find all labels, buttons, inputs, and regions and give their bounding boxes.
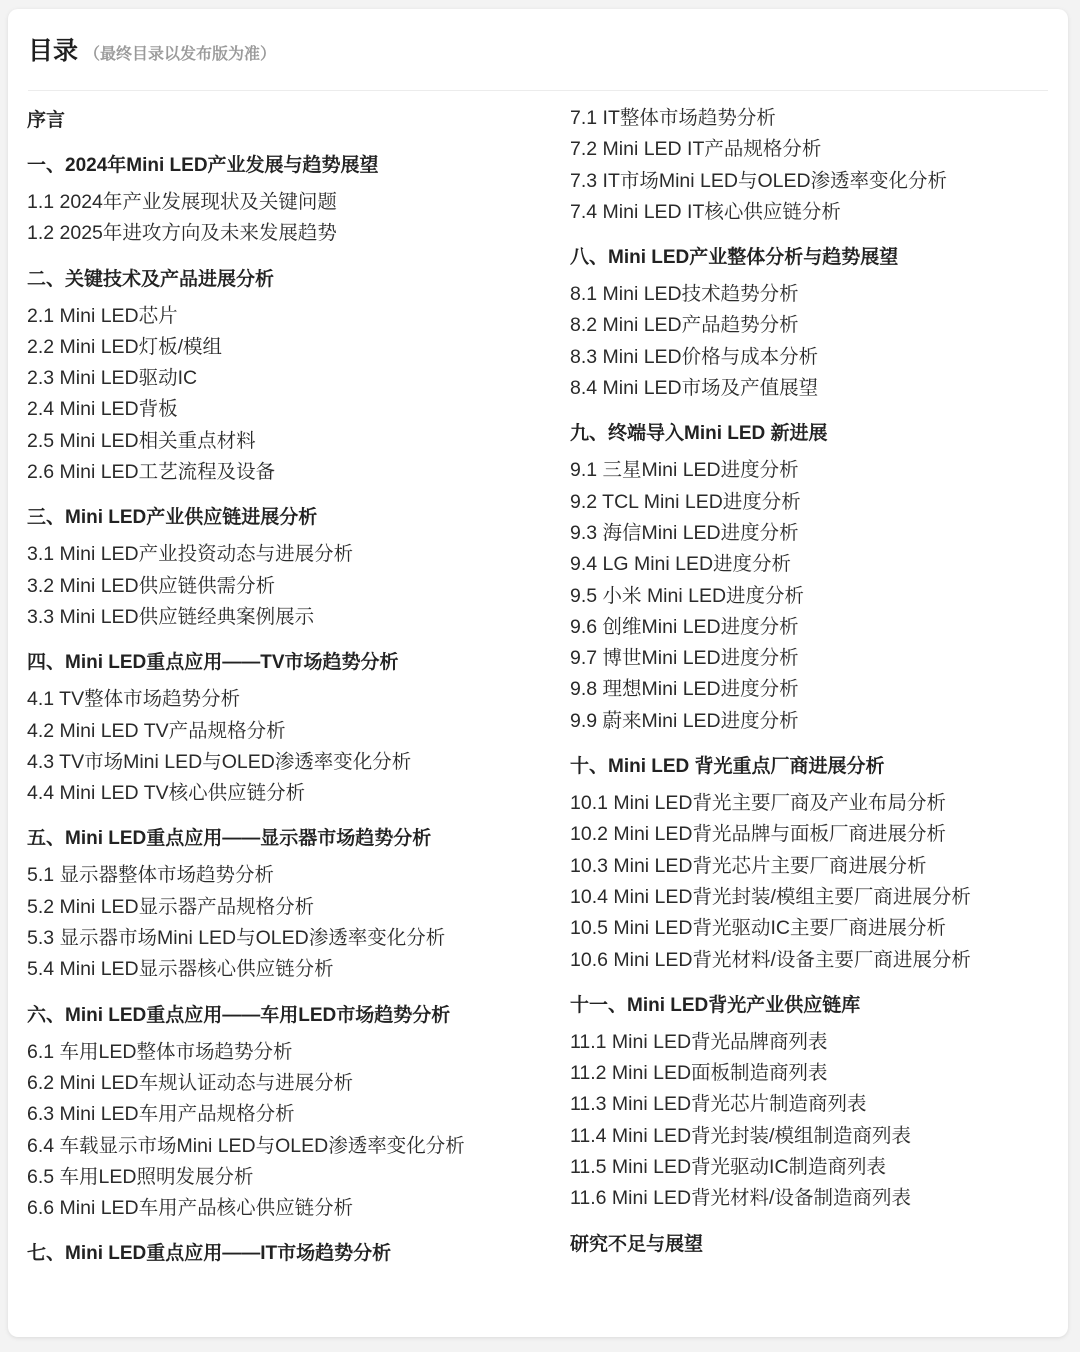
toc-item[interactable]: 3.1 Mini LED产业投资动态与进展分析 xyxy=(27,539,557,570)
toc-item[interactable]: 8.3 Mini LED价格与成本分析 xyxy=(570,342,1050,373)
toc-item[interactable]: 5.3 显示器市场Mini LED与OLED渗透率变化分析 xyxy=(27,923,557,954)
toc-item[interactable]: 8.2 Mini LED产品趋势分析 xyxy=(570,310,1050,341)
toc-item[interactable]: 6.2 Mini LED车规认证动态与进展分析 xyxy=(27,1068,557,1099)
toc-section-heading[interactable]: 一、2024年Mini LED产业发展与趋势展望 xyxy=(27,150,557,181)
toc-item[interactable]: 11.6 Mini LED背光材料/设备制造商列表 xyxy=(570,1183,1050,1214)
toc-section-heading[interactable]: 三、Mini LED产业供应链进展分析 xyxy=(27,502,557,533)
toc-section: 七、Mini LED重点应用——IT市场趋势分析 xyxy=(27,1238,557,1269)
toc-item[interactable]: 9.3 海信Mini LED进度分析 xyxy=(570,518,1050,549)
toc-item[interactable]: 11.3 Mini LED背光芯片制造商列表 xyxy=(570,1089,1050,1120)
toc-item[interactable]: 7.1 IT整体市场趋势分析 xyxy=(570,103,1050,134)
toc-item[interactable]: 10.2 Mini LED背光品牌与面板厂商进展分析 xyxy=(570,819,1050,850)
toc-item[interactable]: 9.8 理想Mini LED进度分析 xyxy=(570,674,1050,705)
toc-item[interactable]: 2.1 Mini LED芯片 xyxy=(27,301,557,332)
toc-item[interactable]: 7.3 IT市场Mini LED与OLED渗透率变化分析 xyxy=(570,166,1050,197)
toc-section: 六、Mini LED重点应用——车用LED市场趋势分析6.1 车用LED整体市场… xyxy=(27,1000,557,1225)
header-divider xyxy=(28,90,1048,91)
toc-item[interactable]: 11.2 Mini LED面板制造商列表 xyxy=(570,1058,1050,1089)
toc-left-column: 序言一、2024年Mini LED产业发展与趋势展望1.1 2024年产业发展现… xyxy=(27,105,557,1283)
toc-item[interactable]: 4.1 TV整体市场趋势分析 xyxy=(27,684,557,715)
toc-item[interactable]: 1.1 2024年产业发展现状及关键问题 xyxy=(27,187,557,218)
toc-item[interactable]: 5.2 Mini LED显示器产品规格分析 xyxy=(27,892,557,923)
toc-item[interactable]: 11.5 Mini LED背光驱动IC制造商列表 xyxy=(570,1152,1050,1183)
toc-right-column: 7.1 IT整体市场趋势分析7.2 Mini LED IT产品规格分析7.3 I… xyxy=(570,103,1050,1274)
toc-item[interactable]: 9.6 创维Mini LED进度分析 xyxy=(570,612,1050,643)
toc-section: 九、终端导入Mini LED 新进展9.1 三星Mini LED进度分析9.2 … xyxy=(570,418,1050,737)
toc-item[interactable]: 1.2 2025年进攻方向及未来发展趋势 xyxy=(27,218,557,249)
toc-section: 三、Mini LED产业供应链进展分析3.1 Mini LED产业投资动态与进展… xyxy=(27,502,557,633)
toc-section-heading[interactable]: 六、Mini LED重点应用——车用LED市场趋势分析 xyxy=(27,1000,557,1031)
toc-section-heading[interactable]: 研究不足与展望 xyxy=(570,1229,1050,1260)
page-title: 目录 xyxy=(28,31,78,67)
toc-item[interactable]: 10.3 Mini LED背光芯片主要厂商进展分析 xyxy=(570,851,1050,882)
toc-item[interactable]: 2.5 Mini LED相关重点材料 xyxy=(27,426,557,457)
toc-item[interactable]: 9.7 博世Mini LED进度分析 xyxy=(570,643,1050,674)
toc-section-heading[interactable]: 八、Mini LED产业整体分析与趋势展望 xyxy=(570,242,1050,273)
toc-item[interactable]: 4.3 TV市场Mini LED与OLED渗透率变化分析 xyxy=(27,747,557,778)
toc-section-heading[interactable]: 七、Mini LED重点应用——IT市场趋势分析 xyxy=(27,1238,557,1269)
toc-section: 序言 xyxy=(27,105,557,136)
toc-item[interactable]: 2.6 Mini LED工艺流程及设备 xyxy=(27,457,557,488)
toc-item[interactable]: 6.3 Mini LED车用产品规格分析 xyxy=(27,1099,557,1130)
toc-item[interactable]: 9.9 蔚来Mini LED进度分析 xyxy=(570,706,1050,737)
toc-item[interactable]: 6.5 车用LED照明发展分析 xyxy=(27,1162,557,1193)
toc-section: 研究不足与展望 xyxy=(570,1229,1050,1260)
toc-item[interactable]: 10.5 Mini LED背光驱动IC主要厂商进展分析 xyxy=(570,913,1050,944)
toc-item[interactable]: 10.1 Mini LED背光主要厂商及产业布局分析 xyxy=(570,788,1050,819)
toc-item[interactable]: 6.6 Mini LED车用产品核心供应链分析 xyxy=(27,1193,557,1224)
toc-item[interactable]: 11.4 Mini LED背光封装/模组制造商列表 xyxy=(570,1121,1050,1152)
toc-section-heading[interactable]: 序言 xyxy=(27,105,557,136)
toc-section: 八、Mini LED产业整体分析与趋势展望8.1 Mini LED技术趋势分析8… xyxy=(570,242,1050,404)
toc-item[interactable]: 9.5 小米 Mini LED进度分析 xyxy=(570,581,1050,612)
toc-item[interactable]: 9.1 三星Mini LED进度分析 xyxy=(570,455,1050,486)
toc-section: 二、关键技术及产品进展分析2.1 Mini LED芯片2.2 Mini LED灯… xyxy=(27,264,557,489)
toc-section: 十、Mini LED 背光重点厂商进展分析10.1 Mini LED背光主要厂商… xyxy=(570,751,1050,976)
toc-item[interactable]: 6.1 车用LED整体市场趋势分析 xyxy=(27,1037,557,1068)
toc-section-heading[interactable]: 五、Mini LED重点应用——显示器市场趋势分析 xyxy=(27,823,557,854)
toc-item[interactable]: 7.2 Mini LED IT产品规格分析 xyxy=(570,134,1050,165)
toc-card: 目录 （最终目录以发布版为准） 序言一、2024年Mini LED产业发展与趋势… xyxy=(8,9,1068,1337)
toc-item[interactable]: 5.4 Mini LED显示器核心供应链分析 xyxy=(27,954,557,985)
toc-header: 目录 （最终目录以发布版为准） xyxy=(28,31,1048,89)
toc-section-heading[interactable]: 九、终端导入Mini LED 新进展 xyxy=(570,418,1050,449)
toc-item[interactable]: 9.4 LG Mini LED进度分析 xyxy=(570,549,1050,580)
toc-item[interactable]: 6.4 车载显示市场Mini LED与OLED渗透率变化分析 xyxy=(27,1131,557,1162)
toc-item[interactable]: 4.4 Mini LED TV核心供应链分析 xyxy=(27,778,557,809)
toc-item[interactable]: 8.1 Mini LED技术趋势分析 xyxy=(570,279,1050,310)
toc-item[interactable]: 4.2 Mini LED TV产品规格分析 xyxy=(27,716,557,747)
toc-section: 五、Mini LED重点应用——显示器市场趋势分析5.1 显示器整体市场趋势分析… xyxy=(27,823,557,985)
toc-section-heading[interactable]: 四、Mini LED重点应用——TV市场趋势分析 xyxy=(27,647,557,678)
toc-item[interactable]: 2.4 Mini LED背板 xyxy=(27,394,557,425)
toc-section-heading[interactable]: 二、关键技术及产品进展分析 xyxy=(27,264,557,295)
toc-section-heading[interactable]: 十、Mini LED 背光重点厂商进展分析 xyxy=(570,751,1050,782)
toc-item[interactable]: 2.3 Mini LED驱动IC xyxy=(27,363,557,394)
toc-section: 四、Mini LED重点应用——TV市场趋势分析4.1 TV整体市场趋势分析4.… xyxy=(27,647,557,809)
toc-item[interactable]: 11.1 Mini LED背光品牌商列表 xyxy=(570,1027,1050,1058)
toc-item[interactable]: 7.4 Mini LED IT核心供应链分析 xyxy=(570,197,1050,228)
toc-item[interactable]: 10.6 Mini LED背光材料/设备主要厂商进展分析 xyxy=(570,945,1050,976)
toc-item[interactable]: 9.2 TCL Mini LED进度分析 xyxy=(570,487,1050,518)
toc-section: 一、2024年Mini LED产业发展与趋势展望1.1 2024年产业发展现状及… xyxy=(27,150,557,250)
toc-item[interactable]: 10.4 Mini LED背光封装/模组主要厂商进展分析 xyxy=(570,882,1050,913)
toc-item[interactable]: 5.1 显示器整体市场趋势分析 xyxy=(27,860,557,891)
toc-section: 7.1 IT整体市场趋势分析7.2 Mini LED IT产品规格分析7.3 I… xyxy=(570,103,1050,228)
toc-item[interactable]: 3.3 Mini LED供应链经典案例展示 xyxy=(27,602,557,633)
toc-item[interactable]: 2.2 Mini LED灯板/模组 xyxy=(27,332,557,363)
toc-item[interactable]: 8.4 Mini LED市场及产值展望 xyxy=(570,373,1050,404)
toc-section-heading[interactable]: 十一、Mini LED背光产业供应链库 xyxy=(570,990,1050,1021)
toc-item[interactable]: 3.2 Mini LED供应链供需分析 xyxy=(27,571,557,602)
title-note: （最终目录以发布版为准） xyxy=(84,41,276,64)
toc-section: 十一、Mini LED背光产业供应链库11.1 Mini LED背光品牌商列表1… xyxy=(570,990,1050,1215)
